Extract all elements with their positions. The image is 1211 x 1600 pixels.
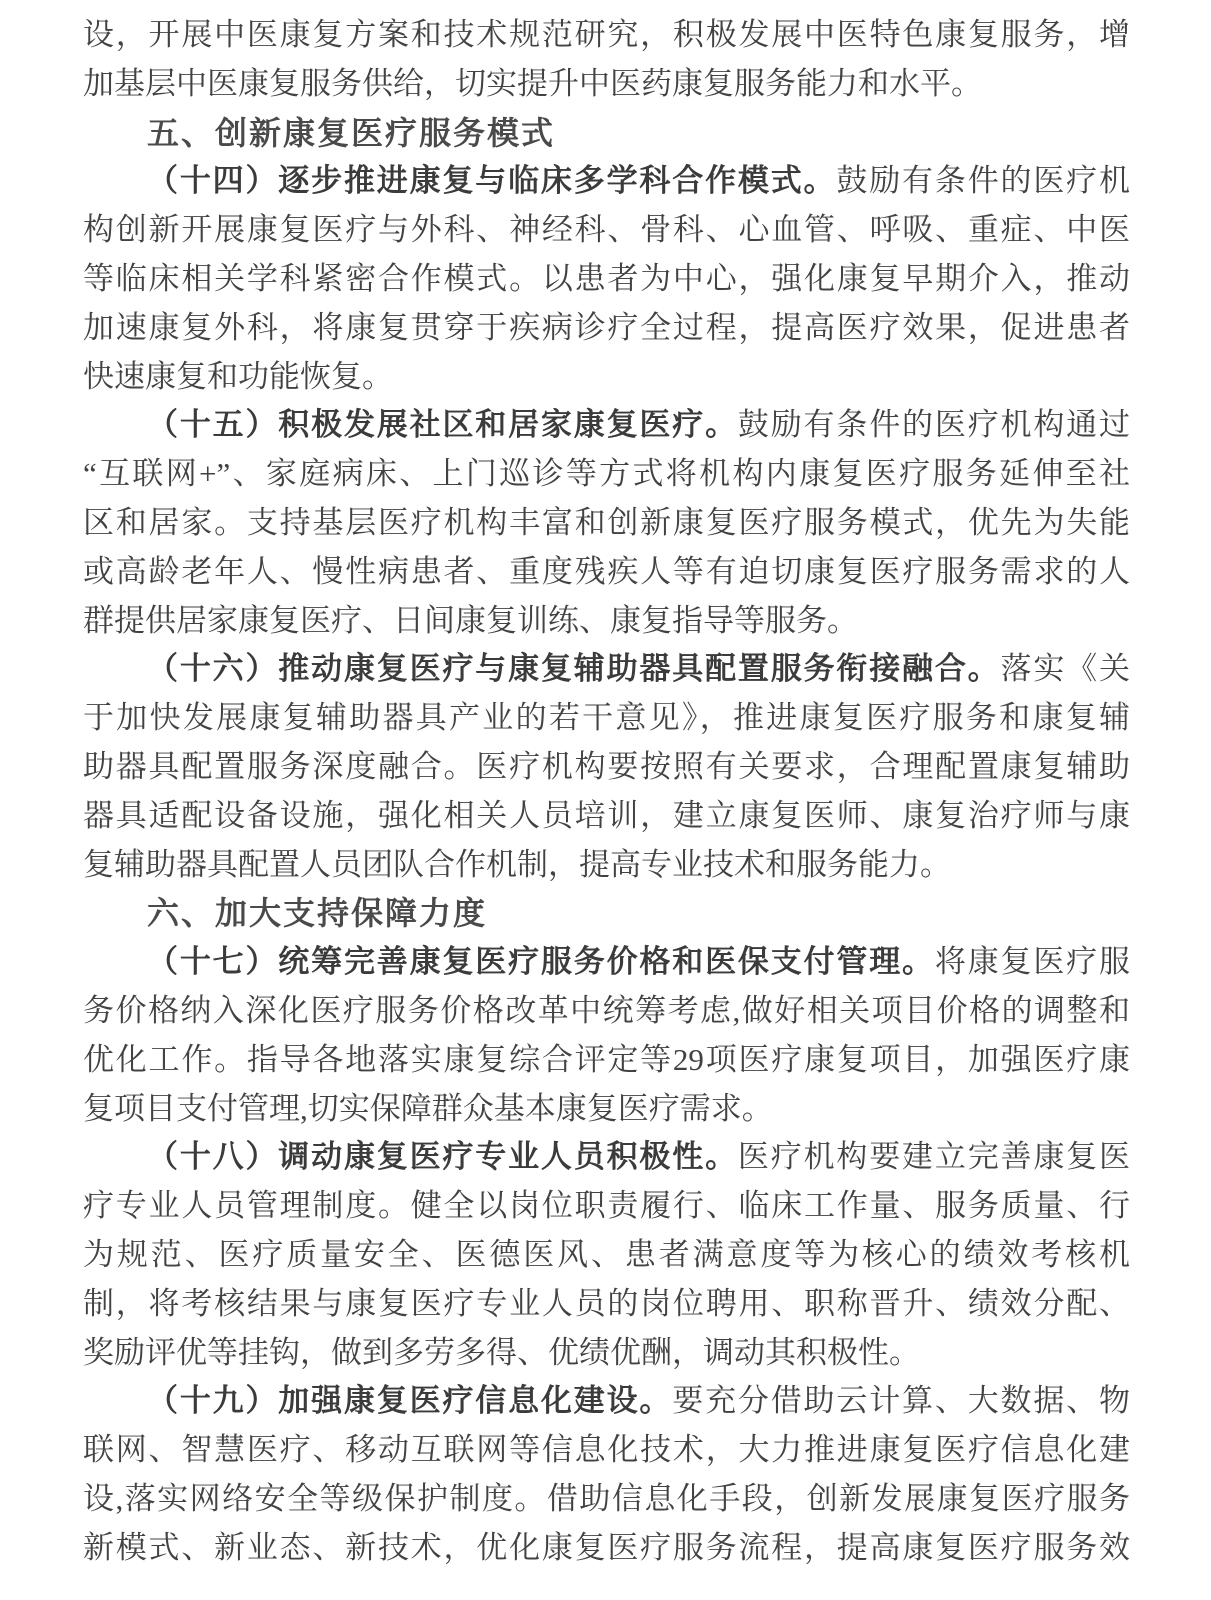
body-text: “互联网+”、家庭病床、上门巡诊等方式将机构内康复医疗服务延伸至社: [83, 456, 1130, 491]
body-text: 优化工作。指导各地落实康复综合评定等29项医疗康复项目，加强医疗康: [83, 1042, 1130, 1077]
body-text: 疗专业人员管理制度。健全以岗位职责履行、临床工作量、服务质量、行: [83, 1188, 1130, 1223]
body-text: 区和居家。支持基层医疗机构丰富和创新康复医疗服务模式，优先为失能: [83, 505, 1130, 540]
body-text: 落实《关: [1001, 651, 1130, 686]
text-line: 快速康复和功能恢复。: [83, 353, 1130, 402]
text-line: 复辅助器具配置人员团队合作机制，提高专业技术和服务能力。: [83, 841, 1130, 890]
lead-sentence: 六、加大支持保障力度: [147, 895, 487, 931]
text-line: “互联网+”、家庭病床、上门巡诊等方式将机构内康复医疗服务延伸至社: [83, 450, 1130, 499]
text-line: 优化工作。指导各地落实康复综合评定等29项医疗康复项目，加强医疗康: [83, 1036, 1130, 1085]
text-line: 构创新开展康复医疗与外科、神经科、骨科、心血管、呼吸、重症、中医: [83, 206, 1130, 255]
text-line: 联网、智慧医疗、移动互联网等信息化技术，大力推进康复医疗信息化建: [83, 1426, 1130, 1475]
text-line: 复项目支付管理,切实保障群众基本康复医疗需求。: [83, 1085, 1130, 1134]
body-text: 快速康复和功能恢复。: [83, 359, 393, 394]
body-text: 将康复医疗服: [935, 944, 1130, 979]
text-line: （十九）加强康复医疗信息化建设。要充分借助云计算、大数据、物: [83, 1377, 1130, 1426]
text-line: 加基层中医康复服务供给，切实提升中医药康复服务能力和水平。: [83, 60, 1130, 109]
body-text: 复辅助器具配置人员团队合作机制，提高专业技术和服务能力。: [83, 847, 951, 882]
text-line: 新模式、新业态、新技术，优化康复医疗服务流程，提高康复医疗服务效: [83, 1524, 1130, 1573]
section-heading: 五、创新康复医疗服务模式: [83, 109, 1130, 158]
body-text: 鼓励有条件的医疗机构通过: [738, 407, 1130, 442]
body-text: 助器具配置服务深度融合。医疗机构要按照有关要求，合理配置康复辅助: [83, 749, 1130, 784]
text-line: 制，将考核结果与康复医疗专业人员的岗位聘用、职称晋升、绩效分配、: [83, 1280, 1130, 1329]
body-text: 要充分借助云计算、大数据、物: [672, 1383, 1130, 1418]
text-line: （十七）统筹完善康复医疗服务价格和医保支付管理。将康复医疗服: [83, 938, 1130, 987]
lead-sentence: （十六）推动康复医疗与康复辅助器具配置服务衔接融合。: [147, 651, 1001, 686]
text-line: （十四）逐步推进康复与临床多学科合作模式。鼓励有条件的医疗机: [83, 157, 1130, 206]
text-line: 加速康复外科，将康复贯穿于疾病诊疗全过程，提高医疗效果，促进患者: [83, 304, 1130, 353]
section-heading: 六、加大支持保障力度: [83, 889, 1130, 938]
text-line: （十六）推动康复医疗与康复辅助器具配置服务衔接融合。落实《关: [83, 645, 1130, 694]
body-text: 或高龄老年人、慢性病患者、重度残疾人等有迫切康复医疗服务需求的人: [83, 554, 1130, 589]
body-text: 加基层中医康复服务供给，切实提升中医药康复服务能力和水平。: [83, 66, 982, 101]
body-text: 鼓励有条件的医疗机: [836, 163, 1130, 198]
body-text: 于加快发展康复辅助器具产业的若干意见》，推进康复医疗服务和康复辅: [83, 700, 1130, 735]
text-line: 等临床相关学科紧密合作模式。以患者为中心，强化康复早期介入，推动: [83, 255, 1130, 304]
body-text: 制，将考核结果与康复医疗专业人员的岗位聘用、职称晋升、绩效分配、: [83, 1286, 1130, 1321]
text-line: 疗专业人员管理制度。健全以岗位职责履行、临床工作量、服务质量、行: [83, 1182, 1130, 1231]
body-text: 构创新开展康复医疗与外科、神经科、骨科、心血管、呼吸、重症、中医: [83, 212, 1130, 247]
text-line: 务价格纳入深化医疗服务价格改革中统筹考虑,做好相关项目价格的调整和: [83, 987, 1130, 1036]
text-line: （十五）积极发展社区和居家康复医疗。鼓励有条件的医疗机构通过: [83, 401, 1130, 450]
text-line: 或高龄老年人、慢性病患者、重度残疾人等有迫切康复医疗服务需求的人: [83, 548, 1130, 597]
body-text: 医疗机构要建立完善康复医: [738, 1139, 1130, 1174]
text-line: 奖励评优等挂钩，做到多劳多得、优绩优酬，调动其积极性。: [83, 1329, 1130, 1378]
body-text: 为规范、医疗质量安全、医德医风、患者满意度等为核心的绩效考核机: [83, 1237, 1130, 1272]
text-line: 助器具配置服务深度融合。医疗机构要按照有关要求，合理配置康复辅助: [83, 743, 1130, 792]
text-line: 群提供居家康复医疗、日间康复训练、康复指导等服务。: [83, 597, 1130, 646]
document-page: 设，开展中医康复方案和技术规范研究，积极发展中医特色康复服务，增加基层中医康复服…: [0, 0, 1211, 1600]
lead-sentence: （十五）积极发展社区和居家康复医疗。: [147, 407, 738, 442]
text-line: 于加快发展康复辅助器具产业的若干意见》，推进康复医疗服务和康复辅: [83, 694, 1130, 743]
text-line: 设，开展中医康复方案和技术规范研究，积极发展中医特色康复服务，增: [83, 11, 1130, 60]
body-text: 联网、智慧医疗、移动互联网等信息化技术，大力推进康复医疗信息化建: [83, 1432, 1130, 1467]
body-text: 务价格纳入深化医疗服务价格改革中统筹考虑,做好相关项目价格的调整和: [83, 993, 1130, 1028]
body-text: 设,落实网络安全等级保护制度。借助信息化手段，创新发展康复医疗服务: [83, 1481, 1130, 1516]
document-text-body: 设，开展中医康复方案和技术规范研究，积极发展中医特色康复服务，增加基层中医康复服…: [83, 11, 1130, 1573]
text-line: 设,落实网络安全等级保护制度。借助信息化手段，创新发展康复医疗服务: [83, 1475, 1130, 1524]
lead-sentence: （十九）加强康复医疗信息化建设。: [147, 1383, 672, 1418]
text-line: 为规范、医疗质量安全、医德医风、患者满意度等为核心的绩效考核机: [83, 1231, 1130, 1280]
lead-sentence: （十七）统筹完善康复医疗服务价格和医保支付管理。: [147, 944, 935, 979]
body-text: 等临床相关学科紧密合作模式。以患者为中心，强化康复早期介入，推动: [83, 261, 1130, 296]
body-text: 器具适配设备设施，强化相关人员培训，建立康复医师、康复治疗师与康: [83, 798, 1130, 833]
lead-sentence: 五、创新康复医疗服务模式: [147, 115, 555, 151]
body-text: 设，开展中医康复方案和技术规范研究，积极发展中医特色康复服务，增: [83, 17, 1130, 52]
text-line: （十八）调动康复医疗专业人员积极性。医疗机构要建立完善康复医: [83, 1133, 1130, 1182]
lead-sentence: （十四）逐步推进康复与临床多学科合作模式。: [147, 163, 836, 198]
body-text: 复项目支付管理,切实保障群众基本康复医疗需求。: [83, 1091, 773, 1126]
body-text: 群提供居家康复医疗、日间康复训练、康复指导等服务。: [83, 603, 858, 638]
body-text: 奖励评优等挂钩，做到多劳多得、优绩优酬，调动其积极性。: [83, 1335, 920, 1370]
lead-sentence: （十八）调动康复医疗专业人员积极性。: [147, 1139, 738, 1174]
body-text: 新模式、新业态、新技术，优化康复医疗服务流程，提高康复医疗服务效: [83, 1530, 1130, 1565]
text-line: 区和居家。支持基层医疗机构丰富和创新康复医疗服务模式，优先为失能: [83, 499, 1130, 548]
body-text: 加速康复外科，将康复贯穿于疾病诊疗全过程，提高医疗效果，促进患者: [83, 310, 1130, 345]
text-line: 器具适配设备设施，强化相关人员培训，建立康复医师、康复治疗师与康: [83, 792, 1130, 841]
